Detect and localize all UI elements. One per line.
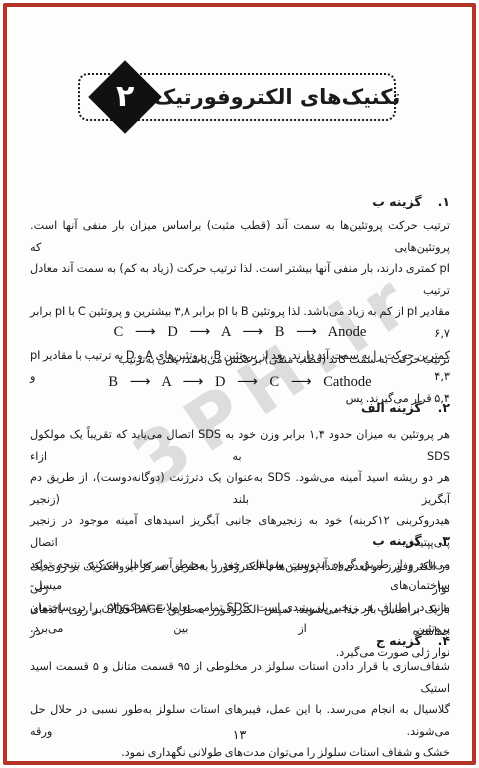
text-line: ترتیب حرکت به سمت کاتد (قطب منفی) برعکس … (30, 349, 450, 371)
text-line: خشک و شفاف استات سلولز را می‌توان مدت‌ها… (30, 742, 450, 764)
section-4-heading: ۴. گزینه ج (30, 633, 450, 648)
text-line: pI کمتری دارند، بار منفی آنها بیشتر است.… (30, 258, 450, 301)
section-3-title: گزینه ب (372, 533, 421, 548)
text-line: هر پروتئین به میزان حدود ۱,۴ برابر وزن خ… (30, 424, 450, 467)
cathode-order-diagram: B ⟶ A ⟶ D ⟶ C ⟶ Cathode (30, 374, 450, 391)
section-1-number: ۱. (438, 194, 450, 209)
section-4-title: گزینه ج (376, 633, 422, 648)
section-3-number: ۳. (438, 533, 450, 548)
page-number: ۱۳ (0, 727, 479, 742)
section-2-number: ۲. (438, 400, 450, 415)
text-line: شفاف‌سازی با قرار دادن استات سلولز در مخ… (30, 656, 450, 699)
section-1-title: گزینه ب (372, 194, 421, 209)
section-2-heading: ۲. گزینه الف (30, 400, 450, 415)
section-4-number: ۴. (438, 633, 450, 648)
book-page: 3PH.ir تکنیک‌های الکتروفورتیک ۲ ۱. گزینه… (0, 0, 479, 768)
chapter-number-diamond: ۲ (88, 60, 162, 134)
cathode-note: ترتیب حرکت به سمت کاتد (قطب منفی) برعکس … (30, 349, 450, 371)
anode-order-diagram: C ⟶ D ⟶ A ⟶ B ⟶ Anode (30, 324, 450, 341)
text-line: هر دو ریشه اسید آمینه می‌شود. SDS به‌عنو… (30, 467, 450, 510)
chapter-title: تکنیک‌های الکتروفورتیک (154, 85, 401, 109)
section-3-heading: ۳. گزینه ب (30, 533, 450, 548)
section-2-title: گزینه الف (361, 400, 422, 415)
chapter-number: ۲ (116, 82, 134, 112)
section-1-heading: ۱. گزینه ب (30, 194, 450, 209)
text-line: در الکتروفورز دو-بُعدی ابتدا پروتئین‌ها … (30, 556, 450, 599)
text-line: ترتیب حرکت پروتئین‌ها به سمت آند (قطب مث… (30, 215, 450, 258)
section-4-paragraph: شفاف‌سازی با قرار دادن استات سلولز در مخ… (30, 656, 450, 764)
